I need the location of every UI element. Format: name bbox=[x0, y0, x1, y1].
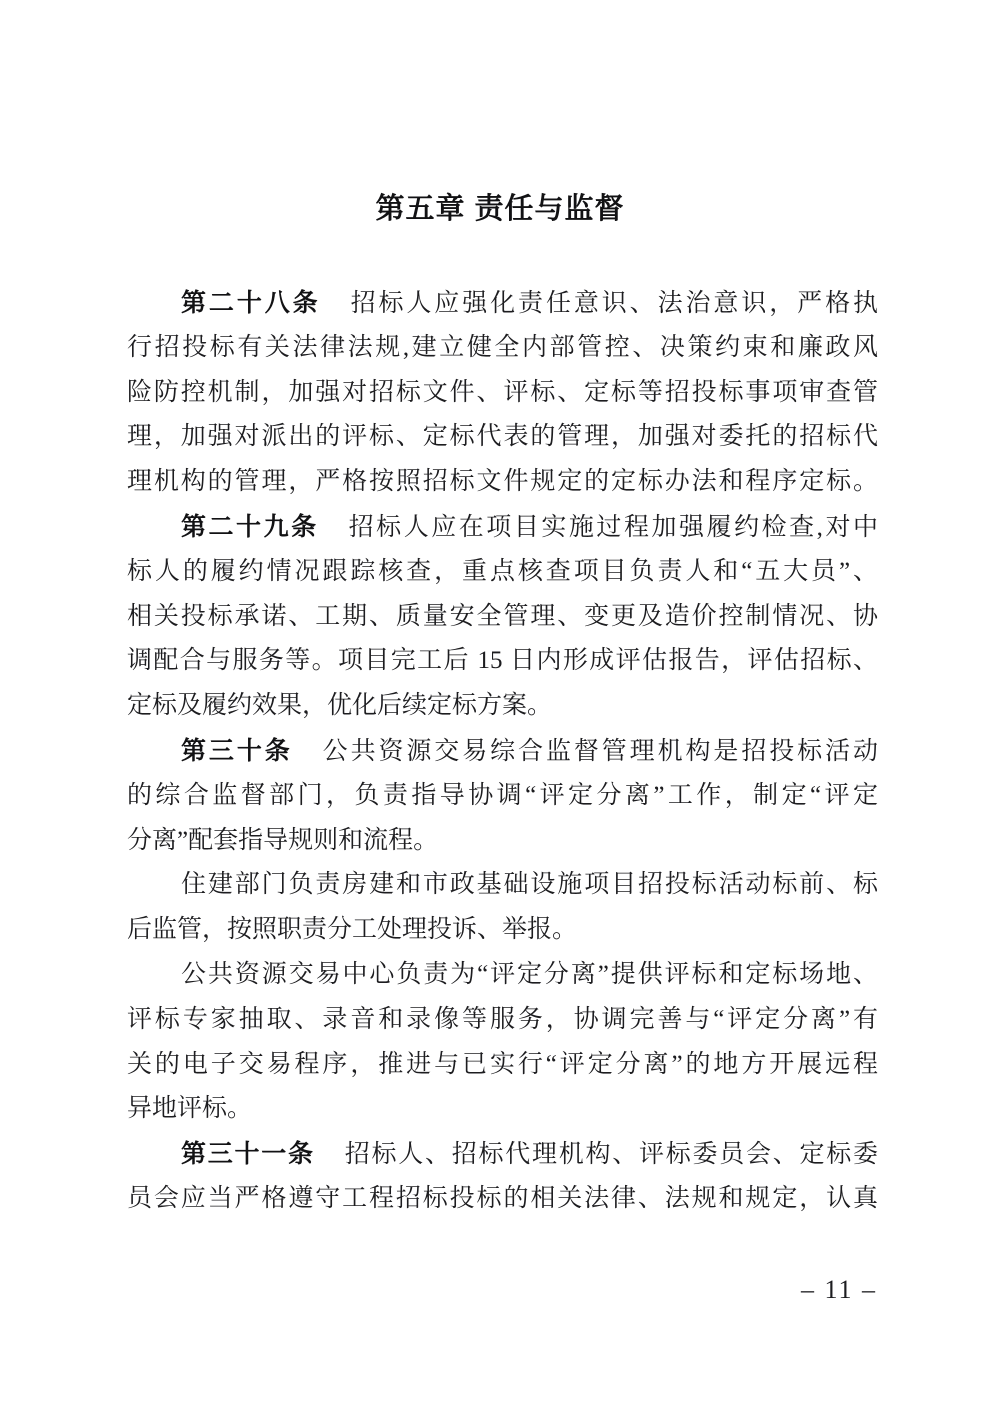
text-line: 住建部门负责房建和市政基础设施项目招投标活动标前、标 bbox=[127, 863, 878, 908]
text-line: 关的电子交易程序，推进与已实行“评定分离”的地方开展远程 bbox=[127, 1043, 878, 1088]
line-text: 招标人应强化责任意识、法治意识，严格执 bbox=[351, 290, 878, 317]
text-line: 理机构的管理，严格按照招标文件规定的定标办法和程序定标。 bbox=[127, 460, 878, 505]
chapter-title: 第五章 责任与监督 bbox=[0, 188, 1000, 230]
text-line: 第二十九条招标人应在项目实施过程加强履约检查,对中 bbox=[127, 505, 878, 550]
article-label: 第二十九条 bbox=[181, 513, 319, 541]
text-line: 标人的履约情况跟踪核查，重点核查项目负责人和“五大员”、 bbox=[127, 550, 878, 595]
line-text: 公共资源交易综合监督管理机构是招投标活动 bbox=[323, 738, 878, 765]
article-label: 第三十条 bbox=[181, 737, 293, 765]
text-line: 公共资源交易中心负责为“评定分离”提供评标和定标场地、 bbox=[127, 953, 878, 998]
article-label: 第三十一条 bbox=[181, 1140, 315, 1168]
text-line: 第三十条公共资源交易综合监督管理机构是招投标活动 bbox=[127, 729, 878, 774]
page-number: – 11 – bbox=[801, 1274, 877, 1306]
text-line: 调配合与服务等。项目完工后 15 日内形成评估报告，评估招标、 bbox=[127, 639, 878, 684]
text-line: 评标专家抽取、录音和录像等服务，协调完善与“评定分离”有 bbox=[127, 998, 878, 1043]
line-text: 招标人、招标代理机构、评标委员会、定标委 bbox=[345, 1141, 878, 1168]
text-line: 后监管，按照职责分工处理投诉、举报。 bbox=[127, 908, 878, 953]
text-line: 定标及履约效果，优化后续定标方案。 bbox=[127, 684, 878, 729]
text-line: 相关投标承诺、工期、质量安全管理、变更及造价控制情况、协 bbox=[127, 595, 878, 640]
text-line: 员会应当严格遵守工程招标投标的相关法律、法规和规定，认真 bbox=[127, 1177, 878, 1222]
text-line: 分离”配套指导规则和流程。 bbox=[127, 819, 878, 864]
text-line: 异地评标。 bbox=[127, 1087, 878, 1132]
text-line: 行招投标有关法律法规,建立健全内部管控、决策约束和廉政风 bbox=[127, 326, 878, 371]
text-line: 第三十一条招标人、招标代理机构、评标委员会、定标委 bbox=[127, 1132, 878, 1177]
text-line: 第二十八条招标人应强化责任意识、法治意识，严格执 bbox=[127, 281, 878, 326]
text-line: 险防控机制，加强对招标文件、评标、定标等招投标事项审查管 bbox=[127, 371, 878, 416]
article-label: 第二十八条 bbox=[181, 289, 321, 317]
text-line: 理，加强对派出的评标、定标代表的管理，加强对委托的招标代 bbox=[127, 415, 878, 460]
text-line: 的综合监督部门，负责指导协调“评定分离”工作，制定“评定 bbox=[127, 774, 878, 819]
document-body: 第二十八条招标人应强化责任意识、法治意识，严格执 行招投标有关法律法规,建立健全… bbox=[127, 281, 878, 1222]
line-text: 招标人应在项目实施过程加强履约检查,对中 bbox=[349, 514, 878, 541]
